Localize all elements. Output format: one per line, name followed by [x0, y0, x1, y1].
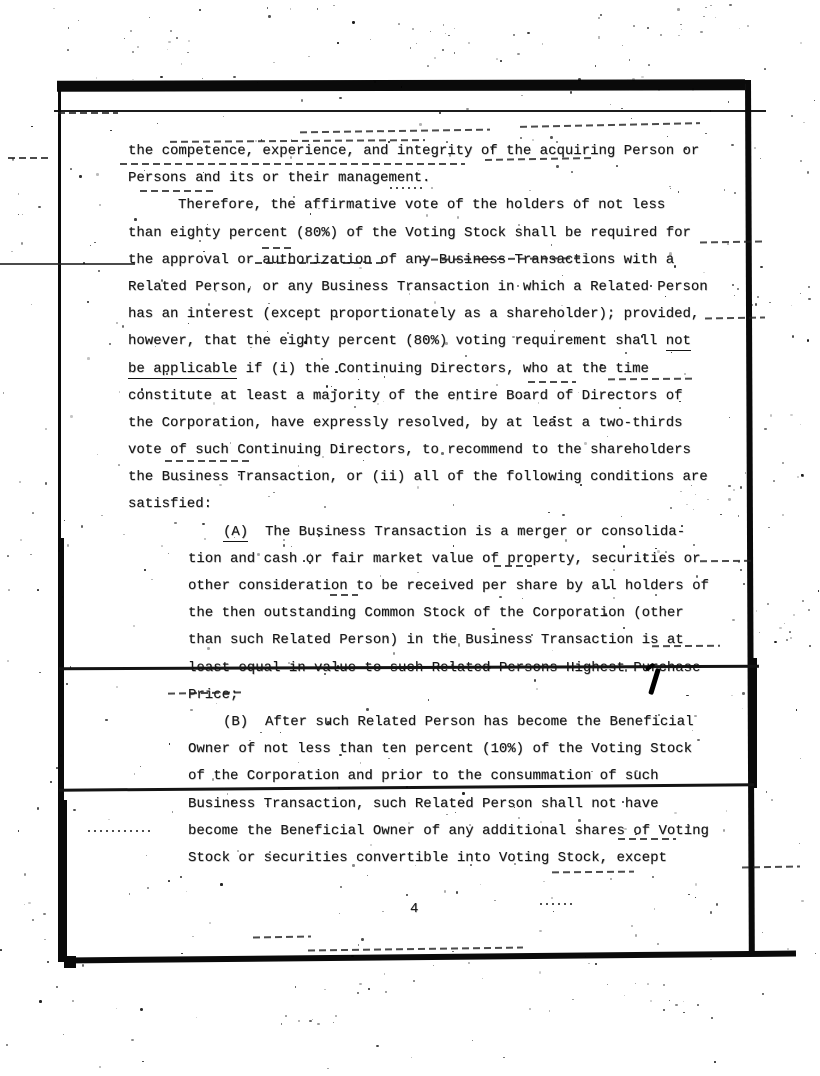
noise-speck — [168, 880, 170, 882]
noise-speck — [223, 116, 224, 117]
noise-speck — [295, 986, 297, 988]
noise-speck — [802, 600, 804, 602]
noise-speck — [791, 305, 793, 307]
text-line: (B) After such Related Person has become… — [128, 709, 728, 736]
noise-speck — [738, 561, 740, 563]
noise-speck — [410, 47, 411, 48]
noise-speck — [452, 951, 454, 953]
noise-speck — [32, 512, 34, 514]
text-line: the approval or authorization of any Bus… — [128, 247, 728, 274]
noise-speck — [764, 428, 766, 431]
noise-speck — [312, 1019, 313, 1020]
noise-speck — [132, 51, 134, 53]
noise-speck — [529, 1008, 531, 1010]
scan-dash-artifact — [308, 946, 523, 951]
noise-speck — [142, 1061, 143, 1062]
noise-speck — [678, 35, 680, 37]
noise-speck — [728, 101, 730, 103]
noise-speck — [496, 58, 498, 60]
noise-speck — [600, 14, 603, 17]
noise-speck — [635, 934, 637, 936]
noise-speck — [705, 7, 706, 8]
noise-speck — [30, 554, 32, 555]
noise-speck — [220, 883, 222, 886]
noise-speck — [433, 965, 434, 966]
noise-speck — [482, 978, 483, 979]
noise-speck — [18, 214, 19, 215]
noise-speck — [747, 25, 749, 27]
noise-speck — [192, 936, 194, 937]
noise-speck — [542, 43, 544, 45]
scan-line-top — [54, 110, 766, 112]
noise-speck — [762, 932, 763, 933]
noise-speck — [308, 56, 309, 57]
noise-speck — [680, 24, 682, 26]
noise-speck — [797, 476, 799, 477]
noise-speck — [137, 46, 139, 48]
noise-speck — [786, 639, 788, 641]
noise-speck — [624, 995, 626, 997]
text-line: has an interest (except proportionately … — [128, 301, 728, 328]
noise-speck — [3, 392, 5, 394]
text-line: however, that the eighty percent (80%) v… — [128, 328, 728, 355]
text-line: than eighty percent (80%) of the Voting … — [128, 220, 728, 247]
noise-speck — [6, 1044, 8, 1046]
noise-speck — [759, 632, 760, 633]
text-line: the Corporation, have expressly resolved… — [128, 410, 728, 437]
noise-speck — [72, 1000, 74, 1003]
noise-speck — [610, 878, 612, 880]
noise-speck — [800, 424, 801, 426]
text-line: Therefore, the affirmative vote of the h… — [128, 192, 728, 219]
noise-speck — [273, 62, 274, 63]
noise-speck — [714, 1061, 716, 1063]
noise-speck — [140, 1008, 143, 1011]
noise-speck — [37, 807, 40, 810]
noise-speck — [796, 709, 797, 710]
noise-speck — [157, 123, 159, 124]
noise-speck — [176, 37, 178, 39]
noise-speck — [622, 45, 623, 46]
noise-speck — [448, 35, 450, 37]
noise-speck — [539, 971, 542, 974]
noise-speck — [21, 242, 23, 245]
noise-speck — [710, 911, 713, 913]
noise-speck — [31, 126, 32, 127]
noise-speck — [352, 21, 354, 23]
noise-speck — [595, 65, 596, 66]
noise-speck — [12, 158, 14, 161]
text-line: Related Person, or any Business Transact… — [128, 274, 728, 301]
noise-speck — [815, 953, 816, 954]
noise-speck — [24, 904, 25, 905]
noise-speck — [442, 49, 444, 51]
noise-speck — [728, 485, 730, 488]
noise-speck — [790, 414, 792, 416]
noise-speck — [697, 1004, 699, 1006]
noise-speck — [790, 637, 792, 639]
noise-speck — [654, 908, 655, 909]
noise-speck — [202, 78, 203, 79]
noise-speck — [398, 23, 400, 25]
noise-speck — [147, 887, 149, 889]
noise-speck — [808, 286, 810, 288]
noise-speck — [629, 59, 630, 60]
noise-speck — [764, 68, 766, 70]
noise-speck — [367, 875, 368, 876]
noise-speck — [800, 758, 801, 759]
noise-speck — [382, 911, 384, 912]
noise-speck — [663, 1009, 665, 1011]
noise-speck — [543, 881, 544, 882]
noise-speck — [97, 454, 98, 456]
page-border-corner-blob — [64, 956, 76, 968]
noise-speck — [340, 886, 342, 888]
noise-speck — [669, 1000, 670, 1001]
noise-speck — [809, 645, 811, 647]
text-line: of the Corporation and prior to the cons… — [128, 763, 728, 790]
noise-speck — [731, 695, 733, 696]
noise-speck — [572, 999, 574, 1000]
noise-speck — [109, 343, 111, 345]
noise-speck — [324, 989, 326, 991]
text-line: Price; — [128, 682, 728, 709]
noise-speck — [754, 147, 756, 149]
noise-speck — [187, 52, 189, 54]
noise-speck — [32, 919, 34, 921]
scan-dash-artifact — [540, 903, 574, 905]
noise-speck — [96, 77, 97, 78]
noise-speck — [803, 122, 805, 124]
noise-speck — [728, 498, 730, 500]
noise-speck — [732, 619, 734, 621]
noise-speck — [729, 4, 731, 6]
noise-speck — [710, 5, 711, 6]
noise-speck — [740, 486, 742, 488]
noise-speck — [82, 964, 84, 966]
noise-speck — [683, 1012, 684, 1013]
noise-speck — [87, 357, 89, 360]
noise-speck — [539, 930, 542, 932]
noise-speck — [45, 428, 47, 430]
noise-speck — [123, 534, 125, 535]
noise-speck — [43, 913, 46, 915]
page-border-left — [58, 91, 61, 541]
noise-speck — [411, 1057, 412, 1059]
text-line: vote of such Continuing Directors, to re… — [128, 437, 728, 464]
noise-speck — [94, 242, 95, 243]
noise-speck — [67, 544, 70, 547]
noise-speck — [64, 520, 65, 521]
noise-speck — [7, 660, 9, 663]
noise-speck — [598, 36, 599, 37]
text-line: the then outstanding Common Stock of the… — [128, 600, 728, 627]
noise-speck — [199, 9, 201, 11]
noise-speck — [787, 948, 789, 950]
noise-speck — [716, 903, 718, 906]
text-line: Persons and its or their management. — [128, 165, 728, 192]
noise-speck — [551, 897, 553, 899]
noise-speck — [766, 791, 767, 792]
noise-speck — [818, 590, 820, 591]
noise-speck — [167, 49, 168, 50]
scan-dash-artifact — [253, 935, 311, 938]
noise-speck — [116, 1008, 117, 1009]
text-line: become the Beneficial Owner of any addit… — [128, 818, 728, 845]
noise-speck — [7, 555, 9, 557]
noise-speck — [268, 15, 271, 18]
noise-speck — [595, 963, 597, 965]
noise-speck — [733, 489, 735, 491]
noise-speck — [800, 160, 802, 162]
noise-speck — [675, 1004, 677, 1006]
noise-speck — [11, 251, 13, 253]
noise-speck — [70, 415, 72, 418]
noise-speck — [24, 873, 26, 876]
noise-speck — [755, 303, 757, 305]
noise-speck — [181, 953, 182, 954]
noise-speck — [660, 34, 662, 36]
noise-speck — [361, 938, 364, 941]
text-line: constitute at least a majority of the en… — [128, 383, 728, 410]
noise-speck — [98, 270, 100, 272]
noise-speck — [598, 17, 600, 19]
noise-speck — [791, 115, 792, 116]
text-line: tion and cash or fair market value of pr… — [128, 546, 728, 573]
noise-speck — [715, 17, 716, 18]
noise-speck — [468, 42, 470, 44]
noise-speck — [784, 623, 785, 624]
noise-speck — [31, 304, 32, 305]
noise-speck — [298, 1020, 299, 1021]
noise-speck — [359, 983, 362, 986]
scan-dash-artifact — [300, 129, 490, 134]
noise-speck — [598, 37, 600, 39]
text-line: Owner of not less than ten percent (10%)… — [128, 736, 728, 763]
noise-speck — [762, 993, 764, 995]
text-line: other consideration to be received per s… — [128, 573, 728, 600]
noise-speck — [740, 569, 742, 571]
noise-speck — [793, 614, 795, 616]
noise-speck — [647, 27, 649, 29]
noise-speck — [68, 27, 70, 29]
noise-speck — [734, 192, 736, 194]
noise-speck — [124, 38, 125, 39]
noise-speck — [90, 245, 91, 246]
noise-speck — [683, 1001, 684, 1002]
noise-speck — [73, 809, 75, 811]
noise-speck — [327, 1068, 329, 1070]
noise-speck — [47, 961, 49, 963]
noise-speck — [799, 843, 800, 845]
noise-speck — [45, 482, 47, 484]
noise-speck — [434, 57, 436, 59]
noise-speck — [801, 474, 803, 476]
text-line: than such Related Person) in the Busines… — [128, 627, 728, 654]
noise-speck — [196, 1017, 197, 1018]
noise-speck — [663, 984, 665, 986]
noise-speck — [317, 8, 318, 9]
noise-speck — [281, 1023, 283, 1025]
noise-speck — [792, 335, 794, 338]
noise-speck — [695, 883, 697, 885]
noise-speck — [767, 603, 769, 605]
noise-speck — [87, 301, 89, 302]
scan-dash-artifact — [0, 263, 135, 265]
noise-speck — [742, 692, 745, 695]
noise-speck — [427, 65, 429, 67]
page-border-top — [57, 79, 745, 91]
noise-speck — [337, 42, 339, 43]
page-border-left-bottom — [58, 800, 67, 962]
noise-speck — [480, 884, 481, 885]
noise-speck — [333, 5, 335, 7]
noise-speck — [517, 53, 519, 55]
noise-speck — [710, 959, 711, 961]
text-line: the competence, experience, and integrit… — [128, 138, 728, 165]
scan-dash-artifact — [58, 112, 118, 114]
noise-speck — [180, 876, 182, 878]
noise-speck — [8, 589, 10, 591]
noise-speck — [168, 41, 170, 43]
noise-speck — [800, 293, 801, 294]
noise-speck — [770, 414, 772, 417]
noise-speck — [743, 583, 746, 585]
noise-speck — [131, 1039, 133, 1041]
noise-speck — [621, 108, 623, 109]
noise-speck — [443, 24, 444, 25]
noise-speck — [633, 25, 635, 27]
noise-speck — [116, 686, 119, 688]
noise-speck — [739, 28, 740, 29]
noise-speck — [773, 480, 775, 482]
noise-speck — [635, 983, 636, 984]
noise-speck — [771, 799, 773, 801]
noise-speck — [101, 515, 103, 516]
noise-speck — [768, 527, 770, 529]
noise-speck — [129, 893, 131, 895]
noise-speck — [760, 158, 761, 159]
noise-speck — [99, 204, 101, 206]
noise-speck — [99, 1066, 101, 1068]
noise-speck — [301, 99, 303, 101]
noise-speck — [513, 34, 515, 35]
noise-speck — [83, 262, 85, 264]
noise-speck — [44, 939, 46, 940]
noise-speck — [641, 76, 643, 79]
noise-speck — [700, 31, 702, 33]
text-line: the Business Transaction, or (ii) all of… — [128, 464, 728, 491]
noise-speck — [800, 42, 801, 43]
noise-speck — [801, 900, 803, 903]
noise-speck — [731, 144, 733, 146]
noise-speck — [757, 296, 759, 298]
noise-speck — [610, 104, 612, 106]
noise-speck — [285, 1015, 287, 1017]
noise-speck — [553, 911, 555, 913]
noise-speck — [705, 133, 707, 135]
noise-speck — [801, 474, 804, 477]
noise-speck — [677, 8, 680, 11]
noise-speck — [808, 298, 810, 300]
page-border-left-mid — [58, 538, 64, 803]
noise-speck — [385, 991, 387, 992]
noise-speck — [317, 1023, 319, 1025]
noise-speck — [808, 609, 810, 611]
noise-speck — [170, 30, 172, 32]
noise-speck — [588, 963, 589, 964]
page-border-right — [745, 80, 755, 954]
noise-speck — [737, 288, 739, 290]
text-block: the competence, experience, and integrit… — [128, 138, 728, 872]
noise-speck — [416, 43, 418, 45]
noise-speck — [70, 168, 72, 170]
noise-speck — [454, 28, 455, 29]
noise-speck — [549, 1010, 551, 1012]
text-line: Stock or securities convertible into Vot… — [128, 845, 728, 872]
noise-speck — [711, 1017, 713, 1019]
noise-speck — [160, 76, 162, 78]
noise-speck — [607, 984, 608, 985]
noise-speck — [503, 1057, 505, 1058]
noise-speck — [384, 973, 386, 975]
noise-speck — [28, 902, 31, 904]
noise-speck — [370, 39, 371, 40]
text-line: satisfied: — [128, 491, 728, 518]
noise-speck — [18, 830, 19, 831]
noise-speck — [267, 7, 268, 9]
noise-speck — [38, 206, 40, 208]
noise-speck — [96, 173, 98, 175]
noise-speck — [188, 40, 190, 42]
noise-speck — [752, 304, 754, 306]
noise-speck — [78, 20, 80, 21]
noise-speck — [22, 214, 23, 215]
noise-speck — [650, 1000, 652, 1002]
noise-speck — [472, 1040, 473, 1041]
noise-speck — [66, 683, 68, 685]
noise-speck — [39, 1000, 41, 1003]
noise-speck — [439, 112, 441, 114]
scanned-page: the competence, experience, and integrit… — [0, 0, 820, 1076]
noise-speck — [39, 672, 40, 673]
scan-dash-artifact — [520, 122, 700, 128]
noise-speck — [368, 988, 370, 990]
noise-speck — [729, 417, 731, 418]
page-border-bottom — [66, 950, 796, 963]
noise-speck — [456, 891, 459, 893]
noise-speck — [110, 130, 112, 131]
noise-speck — [732, 284, 735, 287]
noise-speck — [376, 1045, 378, 1047]
noise-speck — [695, 897, 696, 898]
noise-speck — [119, 391, 120, 392]
noise-speck — [430, 31, 431, 32]
noise-speck — [814, 100, 815, 101]
noise-speck — [500, 60, 502, 62]
noise-speck — [494, 900, 496, 901]
noise-speck — [681, 29, 683, 31]
noise-speck — [18, 193, 19, 194]
noise-speck — [233, 76, 236, 78]
text-line: least equal in value to such Related Per… — [128, 655, 728, 682]
noise-speck — [63, 1034, 64, 1035]
noise-speck — [0, 949, 2, 951]
noise-speck — [734, 295, 735, 296]
noise-speck — [50, 781, 52, 783]
noise-speck — [357, 992, 359, 994]
page-number: 4 — [410, 901, 418, 917]
